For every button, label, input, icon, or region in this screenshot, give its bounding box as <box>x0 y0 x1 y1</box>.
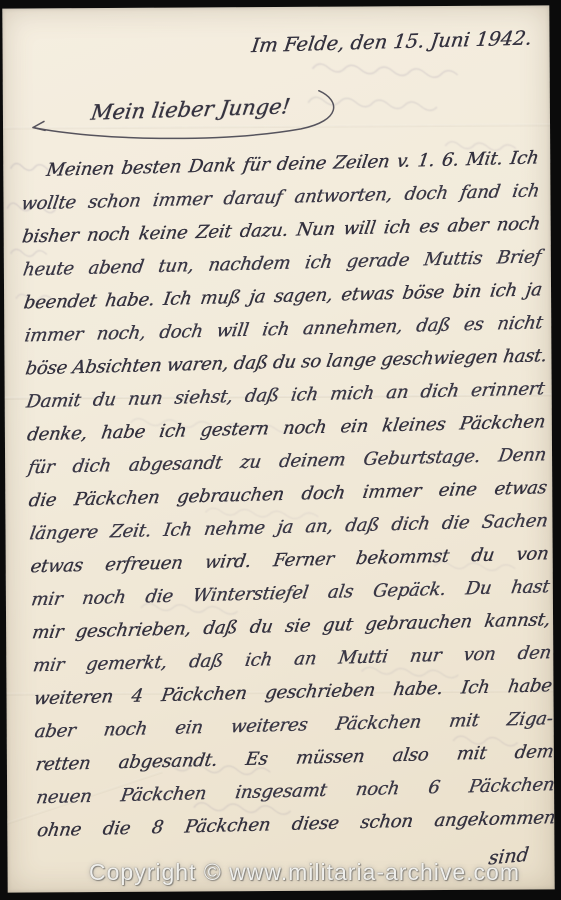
copyright-watermark: Copyright © www.militaria-archive.com <box>0 859 561 886</box>
scanned-letter-photo: Im Felde, den 15. Juni 1942. Mein lieber… <box>0 0 561 900</box>
letter-page: Im Felde, den 15. Juni 1942. Mein lieber… <box>2 5 554 892</box>
letter-body: Meinen besten Dank für deine Zeilen v. 1… <box>17 141 552 847</box>
